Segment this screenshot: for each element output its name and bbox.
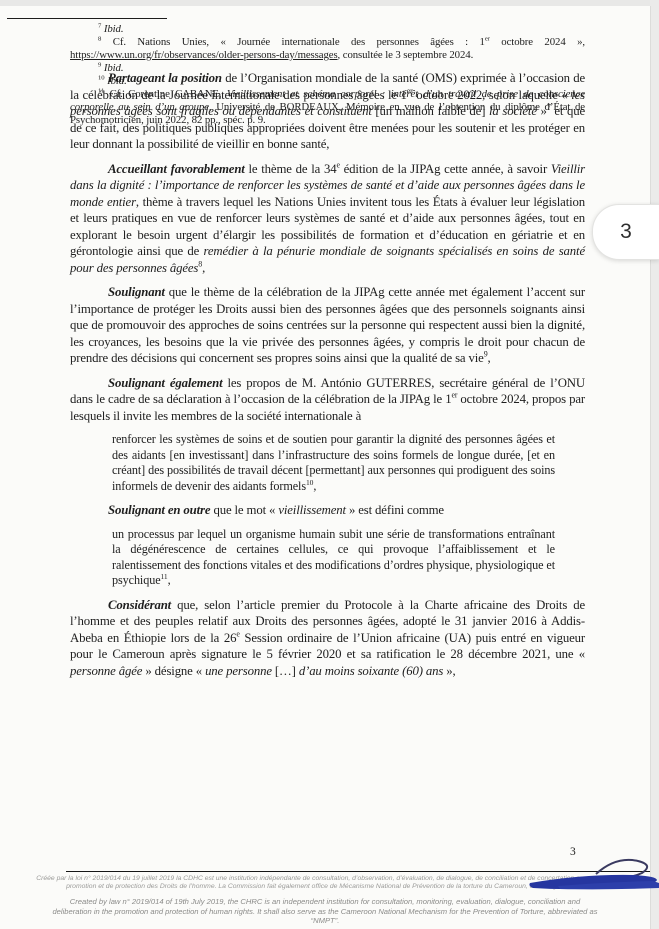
- footnote: 8 Cf. Nations Unies, « Journée internati…: [70, 36, 585, 62]
- footnote-marker: 9: [98, 61, 101, 68]
- footnote: 7 Ibid.: [70, 23, 585, 36]
- viewer-background: { "page": { "tab_number": "3", "page_num…: [0, 0, 659, 929]
- paragraph: Accueillant favorablement le thème de la…: [70, 161, 585, 277]
- footnote-marker: 8: [98, 35, 101, 42]
- footer-text-english: Created by law n° 2019/014 of 19th July …: [50, 897, 600, 926]
- viewer-right-strip: [650, 0, 659, 929]
- page-indicator-number: 3: [620, 220, 632, 244]
- paragraph: Considérant que, selon l’article premier…: [70, 597, 585, 680]
- document-body: Partageant la position de l’Organisation…: [70, 70, 585, 687]
- footnote-marker: 7: [98, 22, 101, 29]
- paragraph: Soulignant également les propos de M. An…: [70, 375, 585, 425]
- footnote-separator: [7, 18, 167, 19]
- page-indicator-tab[interactable]: 3: [592, 204, 659, 260]
- footnote-link[interactable]: https://www.un.org/fr/observances/older-…: [70, 49, 338, 61]
- block-quote: un processus par lequel un organisme hum…: [112, 527, 555, 589]
- paragraph: Soulignant que le thème de la célébratio…: [70, 284, 585, 367]
- paragraph: Soulignant en outre que le mot « vieilli…: [70, 502, 585, 519]
- pen-scribble-annotation: [528, 852, 659, 904]
- block-quote: renforcer les systèmes de soins et de so…: [112, 432, 555, 494]
- paragraph: Partageant la position de l’Organisation…: [70, 70, 585, 153]
- document-page: Partageant la position de l’Organisation…: [0, 6, 650, 929]
